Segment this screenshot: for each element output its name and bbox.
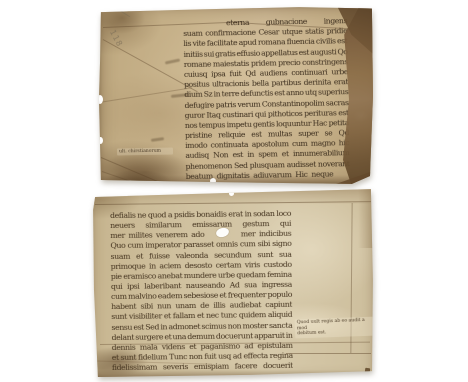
ink-smudge (151, 137, 164, 142)
edge-chip (98, 137, 103, 144)
parchment-surface: 118 eterna gubnacione ingens dilamacioni… (99, 6, 373, 185)
pencil-stroke (116, 8, 130, 17)
ruling-line-horizontal (286, 353, 371, 354)
edge-chip (229, 191, 234, 196)
crease-line (101, 157, 166, 185)
text-line: fidelissimam severis emispiam facere doc… (112, 361, 293, 373)
margin-note-top: ult. chirstianorum (117, 148, 173, 156)
text-line: beatum dignitatis adiuvarum Hic neque st… (186, 169, 334, 182)
edge-chip (210, 178, 216, 184)
photo-canvas: 118 eterna gubnacione ingens dilamacioni… (0, 0, 468, 382)
manuscript-fragment-top: 118 eterna gubnacione ingens dilamacioni… (99, 6, 373, 185)
corner-stain (365, 368, 371, 374)
parchment-surface: defialis ne quod a psidis bonaidis erat … (92, 186, 374, 378)
margin-note-bottom: Quod uult regis ab eo audit a moddebitum… (295, 317, 376, 339)
text-block-bottom: defialis ne quod a psidis bonaidis erat … (110, 209, 293, 373)
edge-chip (97, 95, 103, 104)
manuscript-fragment-bottom: defialis ne quod a psidis bonaidis erat … (92, 186, 374, 378)
text-block-top: eterna gubnacione ingens dilamacionibuss… (183, 16, 350, 182)
text-line: debitum est. (297, 329, 373, 337)
ink-smudge (165, 58, 180, 64)
pencil-inscription: 118 (108, 28, 125, 48)
stain-blotch (99, 2, 145, 34)
